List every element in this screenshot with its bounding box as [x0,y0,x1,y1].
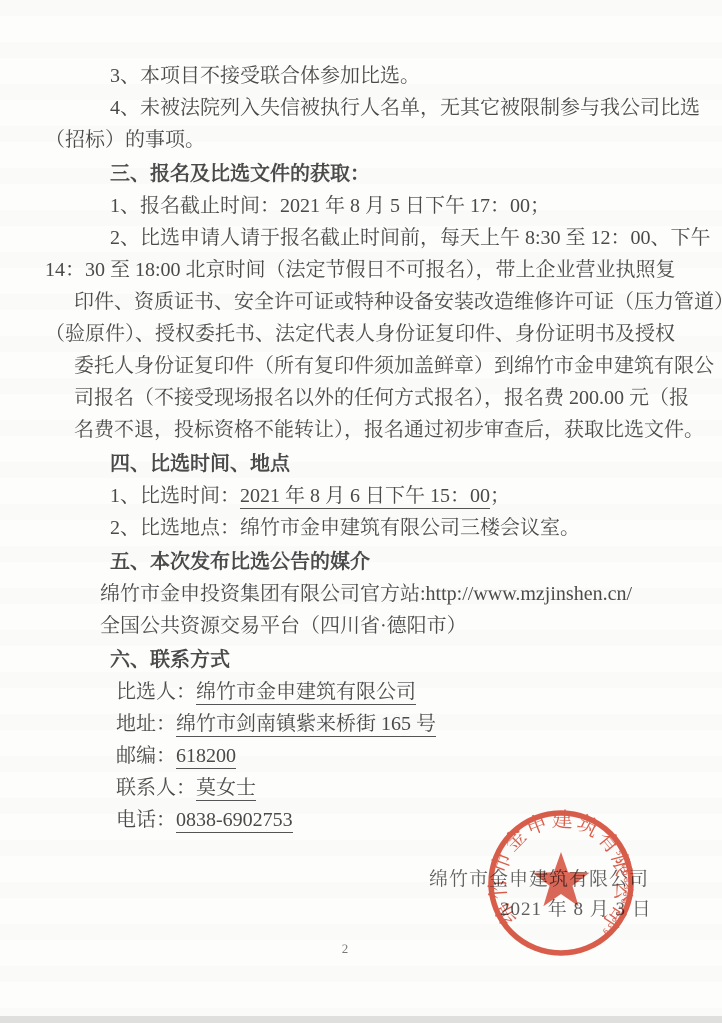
scan-edge-shadow [0,1016,722,1023]
text-segment: （验原件）、授权委托书、法定代表人身份证复印件、身份证明书及授权 [45,323,675,345]
document-line: （验原件）、授权委托书、法定代表人身份证复印件、身份证明书及授权 [45,318,656,350]
text-segment: 绵竹市金申投资集团有限公司官方站:http://www.mzjinshen.cn… [100,583,632,605]
document-line: 比选人：绵竹市金申建筑有限公司 [72,676,656,708]
underlined-value: 618200 [176,745,236,769]
text-segment: 1、报名截止时间：2021 年 8 月 5 日下午 17：00； [110,195,550,217]
text-segment: ； [490,485,510,507]
document-line: （招标）的事项。 [45,124,656,156]
star-icon [533,852,590,906]
document-line: 1、比选时间：2021 年 8 月 6 日下午 15：00； [72,480,656,512]
text-segment: 地址： [116,713,176,735]
text-segment: 比选人： [116,681,196,703]
text-segment: 印件、资质证书、安全许可证或特种设备安装改造维修许可证（压力管道） [74,291,722,313]
document-line: 2、比选地点：绵竹市金申建筑有限公司三楼会议室。 [72,512,656,544]
document-line: 司报名（不接受现场报名以外的任何方式报名），报名费 200.00 元（报 [72,382,656,414]
company-seal: 绵竹市金申建筑有限公司 5106830016839 [484,806,638,960]
text-segment: 四、比选时间、地点 [110,453,290,475]
text-segment: 2、比选申请人请于报名截止时间前，每天上午 8:30 至 12：00、下午 [110,227,711,249]
document-line: 六、联系方式 [72,644,656,676]
scanned-document-page: { "document": { "lines": [ {"style":"ite… [0,0,722,1023]
text-segment: 委托人身份证复印件（所有复印件须加盖鲜章）到绵竹市金申建筑有限公 [74,355,714,377]
document-line: 14：30 至 18:00 北京时间（法定节假日不可报名），带上企业营业执照复 [45,254,656,286]
text-segment: 全国公共资源交易平台（四川省·德阳市） [100,615,467,637]
document-line: 1、报名截止时间：2021 年 8 月 5 日下午 17：00； [72,190,656,222]
document-line: 地址：绵竹市剑南镇紫来桥街 165 号 [72,708,656,740]
underlined-value: 莫女士 [196,777,256,801]
document-body: 3、本项目不接受联合体参加比选。4、未被法院列入失信被执行人名单，无其它被限制参… [72,60,656,836]
document-line: 印件、资质证书、安全许可证或特种设备安装改造维修许可证（压力管道） [72,286,656,318]
text-segment: 14：30 至 18:00 北京时间（法定节假日不可报名），带上企业营业执照复 [45,259,676,281]
underlined-value: 绵竹市金申建筑有限公司 [196,681,416,705]
document-line: 委托人身份证复印件（所有复印件须加盖鲜章）到绵竹市金申建筑有限公 [72,350,656,382]
text-segment: 名费不退，投标资格不能转让），报名通过初步审查后，获取比选文件。 [74,419,704,441]
text-segment: 3、本项目不接受联合体参加比选。 [110,65,420,87]
text-segment: 司报名（不接受现场报名以外的任何方式报名），报名费 200.00 元（报 [74,387,689,409]
text-segment: 五、本次发布比选公告的媒介 [110,551,370,573]
text-segment: 联系人： [116,777,196,799]
document-line: 四、比选时间、地点 [72,448,656,480]
underlined-value: 绵竹市剑南镇紫来桥街 165 号 [176,713,436,737]
document-line: 2、比选申请人请于报名截止时间前，每天上午 8:30 至 12：00、下午 [72,222,656,254]
document-line: 绵竹市金申投资集团有限公司官方站:http://www.mzjinshen.cn… [72,578,656,610]
text-segment: 三、报名及比选文件的获取： [110,163,370,185]
text-segment: 六、联系方式 [110,649,230,671]
document-line: 三、报名及比选文件的获取： [72,158,656,190]
page-number: 2 [0,941,690,957]
document-line: 名费不退，投标资格不能转让），报名通过初步审查后，获取比选文件。 [72,414,656,446]
document-line: 4、未被法院列入失信被执行人名单，无其它被限制参与我公司比选 [72,92,656,124]
document-line: 五、本次发布比选公告的媒介 [72,546,656,578]
underlined-value: 2021 年 8 月 6 日下午 15：00 [240,485,490,509]
document-line: 联系人：莫女士 [72,772,656,804]
document-line: 3、本项目不接受联合体参加比选。 [72,60,656,92]
text-segment: （招标）的事项。 [45,129,205,151]
document-line: 邮编：618200 [72,740,656,772]
text-segment: 邮编： [116,745,176,767]
text-segment: 2、比选地点：绵竹市金申建筑有限公司三楼会议室。 [110,517,580,539]
text-segment: 1、比选时间： [110,485,240,507]
text-segment: 4、未被法院列入失信被执行人名单，无其它被限制参与我公司比选 [110,97,700,119]
underlined-value: 0838-6902753 [176,809,293,833]
text-segment: 电话： [116,809,176,831]
document-line: 全国公共资源交易平台（四川省·德阳市） [72,610,656,642]
